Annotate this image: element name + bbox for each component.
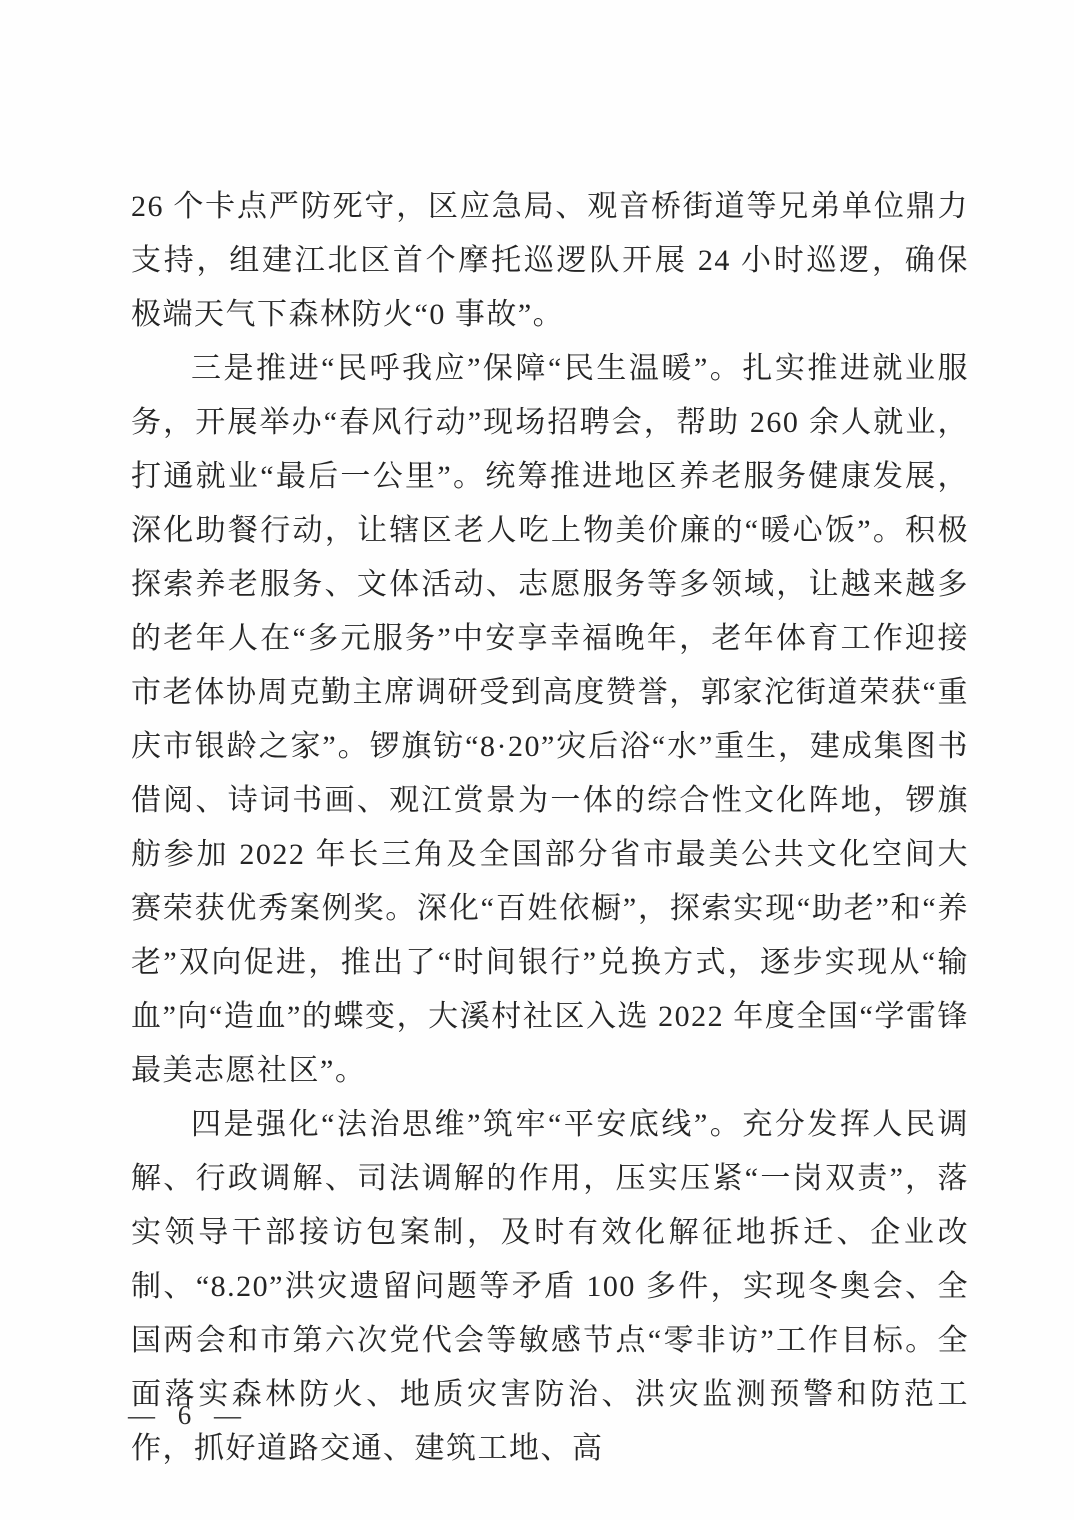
document-page: 26 个卡点严防死守，区应急局、观音桥街道等兄弟单位鼎力支持，组建江北区首个摩托…: [0, 0, 1074, 1520]
paragraph-point-four: 四是强化“法治思维”筑牢“平安底线”。充分发挥人民调解、行政调解、司法调解的作用…: [131, 1098, 969, 1476]
paragraph-continuation: 26 个卡点严防死守，区应急局、观音桥街道等兄弟单位鼎力支持，组建江北区首个摩托…: [131, 180, 969, 342]
page-number: — 6 —: [128, 1400, 249, 1431]
document-body: 26 个卡点严防死守，区应急局、观音桥街道等兄弟单位鼎力支持，组建江北区首个摩托…: [131, 180, 969, 1476]
paragraph-point-three: 三是推进“民呼我应”保障“民生温暖”。扎实推进就业服务，开展举办“春风行动”现场…: [131, 342, 969, 1098]
